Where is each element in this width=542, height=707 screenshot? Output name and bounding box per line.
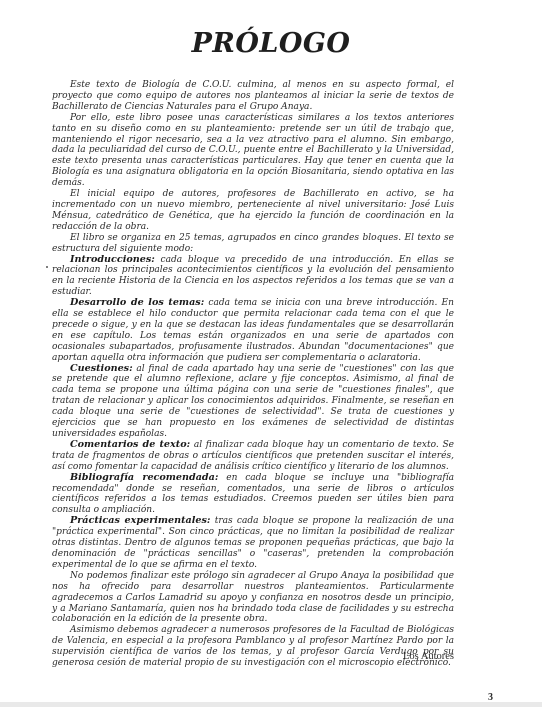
section-term: Bibliografía recomendada: [70, 472, 218, 483]
paragraph-text: Asimismo debemos agradecer a numerosos p… [52, 625, 454, 668]
section-term: Cuestiones: [70, 363, 133, 374]
paragraph-thanks-anaya: No podemos finalizar este prólogo sin ag… [52, 571, 454, 626]
paragraph-authors: El inicial equipo de autores, profesores… [52, 189, 454, 233]
paragraph-thanks-faculty: Asimismo debemos agradecer a numerosos p… [52, 625, 454, 669]
section-term: Comentarios de texto: [70, 439, 190, 450]
paragraph-text: Por ello, este libro posee unas caracter… [52, 113, 454, 188]
paragraph-desarrollo: Desarrollo de los temas: cada tema se in… [52, 298, 454, 363]
paragraph-text: El libro se organiza en 25 temas, agrupa… [52, 233, 454, 254]
page-bottom-edge [0, 702, 542, 707]
paragraph-practicas: Prácticas experimentales: tras cada bloq… [52, 516, 454, 571]
paragraph-bibliografia: Bibliografía recomendada: en cada bloque… [52, 473, 454, 517]
paragraph-text: El inicial equipo de autores, profesores… [52, 189, 454, 232]
document-page: PRÓLOGO Este texto de Biología de C.O.U.… [0, 0, 542, 707]
paragraph-text: Este texto de Biología de C.O.U. culmina… [52, 80, 454, 112]
paragraph-cuestiones: Cuestiones: al final de cada apartado ha… [52, 364, 454, 440]
section-term: Prácticas experimentales: [70, 515, 210, 526]
paragraph-text: No podemos finalizar este prólogo sin ag… [52, 571, 454, 625]
paragraph-features: Por ello, este libro posee unas caracter… [52, 113, 454, 189]
prologue-body: Este texto de Biología de C.O.U. culmina… [52, 80, 454, 669]
signature: Los Autores [403, 651, 454, 662]
section-term: Introducciones: [70, 254, 155, 265]
page-title: PRÓLOGO [0, 28, 542, 59]
paragraph-text: al final de cada apartado hay una serie … [52, 364, 454, 439]
paragraph-comentarios: Comentarios de texto: al finalizar cada … [52, 440, 454, 473]
margin-mark [46, 266, 48, 268]
paragraph-intro: Este texto de Biología de C.O.U. culmina… [52, 80, 454, 113]
paragraph-structure: El libro se organiza en 25 temas, agrupa… [52, 233, 454, 255]
section-term: Desarrollo de los temas: [70, 297, 204, 308]
paragraph-introducciones: Introducciones: cada bloque va precedido… [52, 255, 454, 299]
